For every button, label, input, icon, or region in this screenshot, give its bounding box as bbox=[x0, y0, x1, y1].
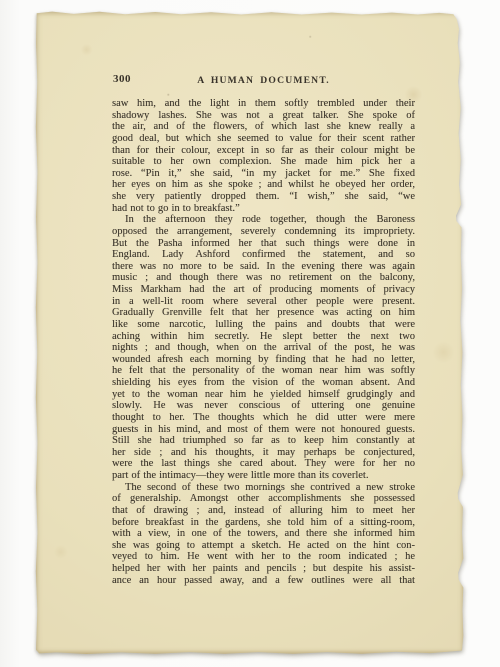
scan-background: 300 A HUMAN DOCUMENT. saw him, and the l… bbox=[0, 0, 500, 667]
text-line: opposed the arrangement, severely condem… bbox=[112, 226, 415, 238]
text-line: Still she had triumphed so far as to kee… bbox=[112, 435, 415, 447]
text-line: her eyes on him as she spoke ; and whils… bbox=[112, 179, 415, 191]
text-line: had not to go in to breakfast.” bbox=[112, 203, 415, 215]
text-line: In the afternoon they rode together, tho… bbox=[112, 214, 415, 226]
book-page: 300 A HUMAN DOCUMENT. saw him, and the l… bbox=[35, 11, 465, 655]
text-line: aching within him secretly. He slept bet… bbox=[112, 331, 415, 343]
text-line: The second of these two mornings she con… bbox=[112, 482, 415, 494]
text-line: veyed to him. He went with her to the ro… bbox=[112, 551, 415, 563]
text-line: rose. “Pin it,” she said, “in my jacket … bbox=[112, 168, 415, 180]
text-line: shadowy lashes. She was not a great talk… bbox=[112, 110, 415, 122]
text-line: But the Pasha informed her that such thi… bbox=[112, 238, 415, 250]
text-line: suitable to her own complexion. She made… bbox=[112, 156, 415, 168]
text-line: wounded afresh each morning by finding t… bbox=[112, 354, 415, 366]
text-line: thought to her. The thoughts which he di… bbox=[112, 412, 415, 424]
text-line: Gradually Grenville felt that her presen… bbox=[112, 307, 415, 319]
text-line: nights ; and though, when on the arrival… bbox=[112, 342, 415, 354]
text-line: Miss Markham had the art of producing mo… bbox=[112, 284, 415, 296]
text-line: of generalship. Amongst other accomplish… bbox=[112, 493, 415, 505]
paragraph: In the afternoon they rode together, tho… bbox=[112, 214, 415, 481]
text-line: helped her with her paints and pencils ;… bbox=[112, 563, 415, 575]
text-line: slowly. He was never conscious of utteri… bbox=[112, 400, 415, 412]
text-line: she was going to attempt a sketch. He ac… bbox=[112, 540, 415, 552]
text-line: her side ; and his thoughts, it may perh… bbox=[112, 447, 415, 459]
text-line: were the last things she cared about. Th… bbox=[112, 458, 415, 470]
text-line: the air, and of the flowers, of which la… bbox=[112, 121, 415, 133]
text-line: like some narcotic, lulling the pains an… bbox=[112, 319, 415, 331]
text-line: there was no more to be said. In the eve… bbox=[112, 261, 415, 273]
text-line: before breakfast in the gardens, she tol… bbox=[112, 517, 415, 529]
text-line: that of drawing ; and, instead of alluri… bbox=[112, 505, 415, 517]
paragraph: saw him, and the light in them softly tr… bbox=[112, 98, 415, 214]
running-title: A HUMAN DOCUMENT. bbox=[112, 75, 415, 86]
text-line: with a view, in one of the towers, and t… bbox=[112, 528, 415, 540]
book-page-wrap: 300 A HUMAN DOCUMENT. saw him, and the l… bbox=[35, 11, 465, 655]
text-line: music ; and though there was no retireme… bbox=[112, 272, 415, 284]
text-line: England. Lady Ashford confirmed the stat… bbox=[112, 249, 415, 261]
text-line: shielding his eyes from the vision of th… bbox=[112, 377, 415, 389]
page-body: saw him, and the light in them softly tr… bbox=[112, 98, 415, 586]
text-line: part of the intimacy—they were little mo… bbox=[112, 470, 415, 482]
text-line: she very patiently dropped them. “I wish… bbox=[112, 191, 415, 203]
paragraph: The second of these two mornings she con… bbox=[112, 482, 415, 587]
text-line: guests in his mind, and most of them wer… bbox=[112, 424, 415, 436]
text-line: than for their colour, except in so far … bbox=[112, 145, 415, 157]
text-line: yet to the woman near him he yielded him… bbox=[112, 389, 415, 401]
text-line: in a well-lit room where several other p… bbox=[112, 296, 415, 308]
page-header: 300 A HUMAN DOCUMENT. bbox=[112, 73, 415, 87]
text-line: ance an hour passed away, and a few outl… bbox=[112, 575, 415, 587]
text-line: saw him, and the light in them softly tr… bbox=[112, 98, 415, 110]
text-line: good deal, but which she seemed to value… bbox=[112, 133, 415, 145]
text-line: he felt that the personality of the woma… bbox=[112, 365, 415, 377]
